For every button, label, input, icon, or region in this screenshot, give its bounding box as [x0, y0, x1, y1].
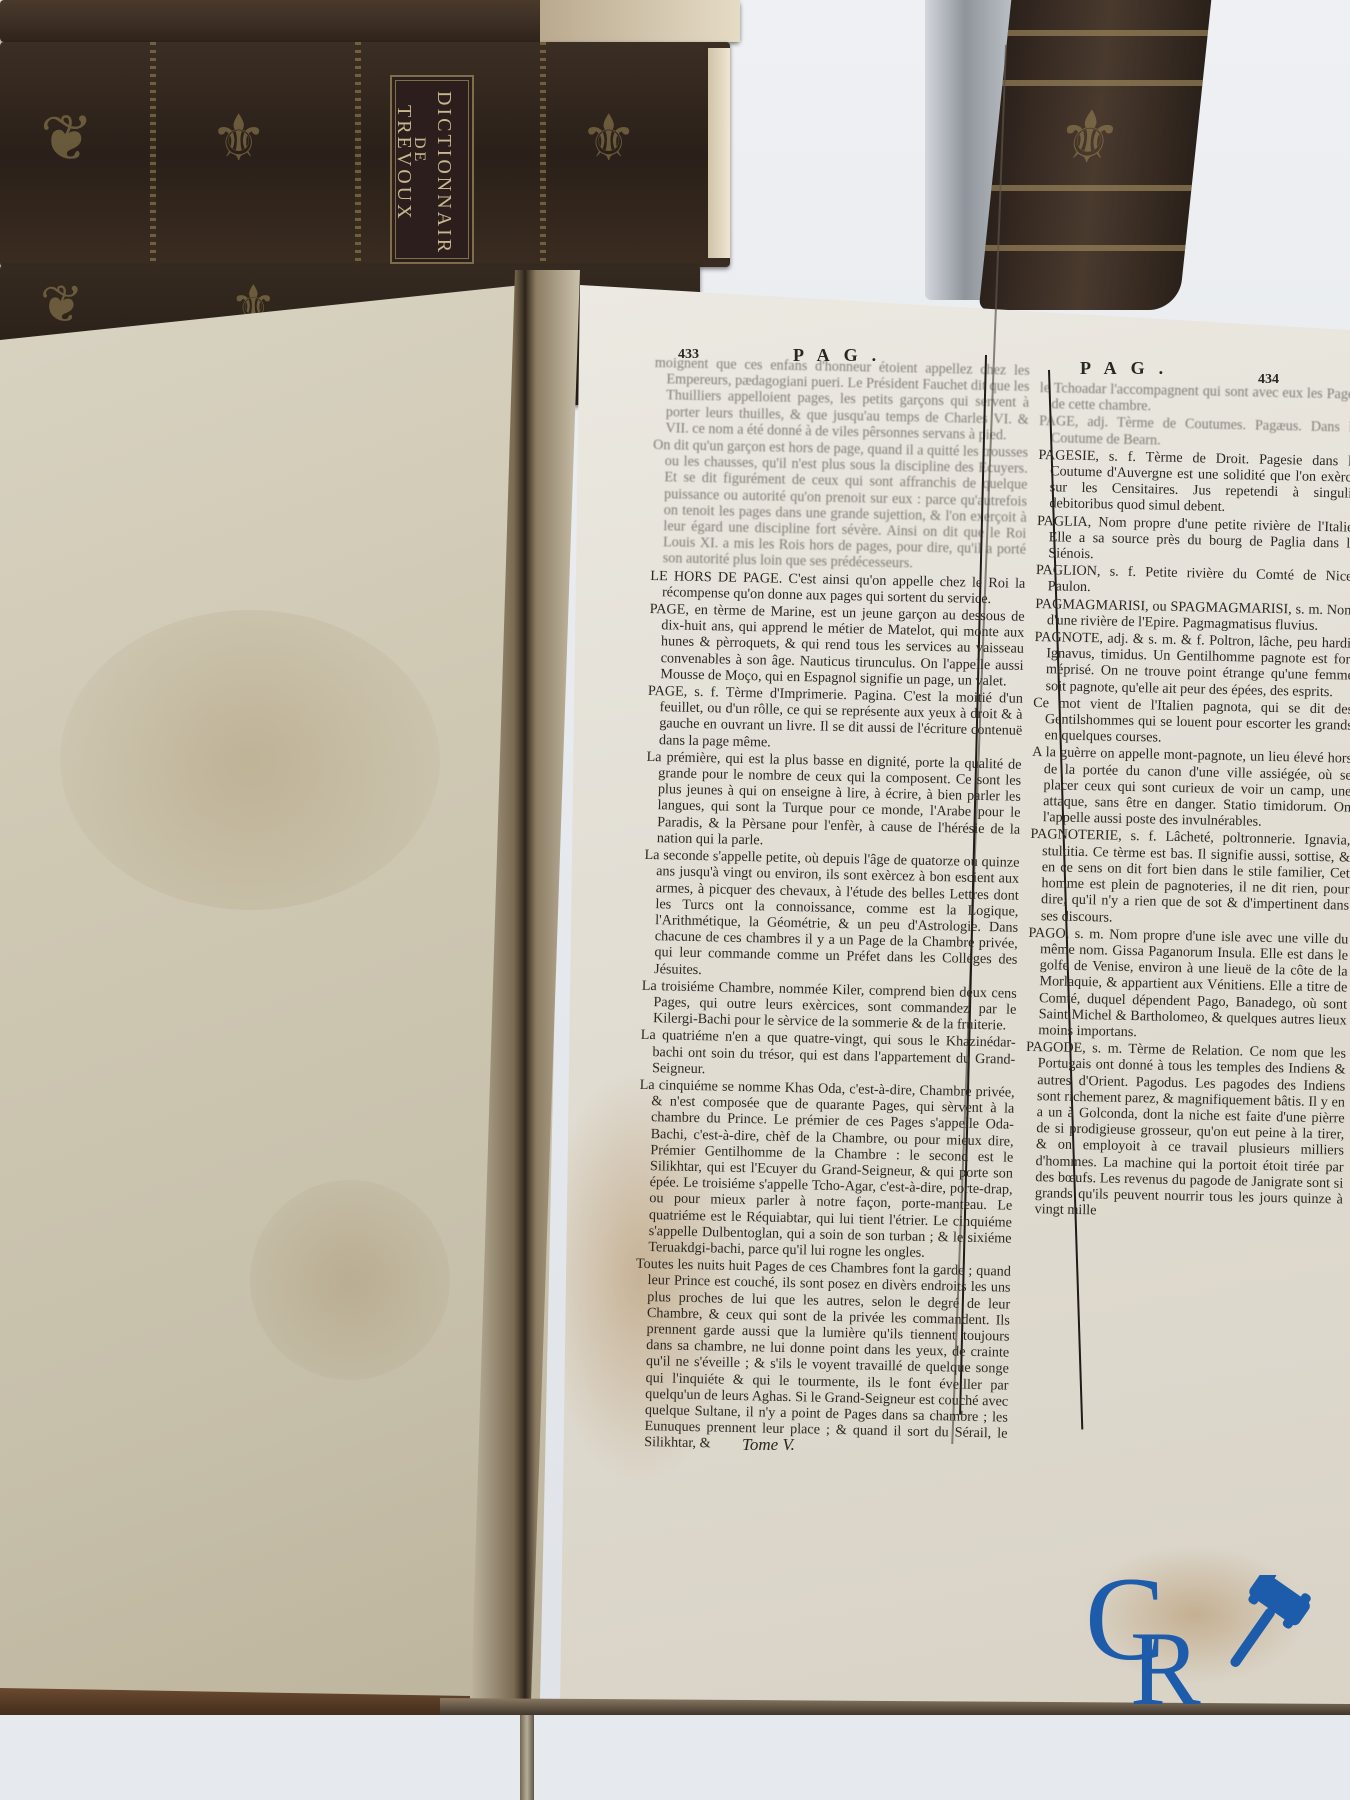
entry-paragraph: Ce mot vient de l'Italien pagnota, qui s… — [1032, 695, 1350, 750]
entry-paragraph: PAGE, adj. Tèrme de Coutumes. Pagæus. Da… — [1039, 413, 1350, 452]
spine-title-line3: TREVOUX — [392, 105, 415, 222]
spine-raised-band — [1002, 80, 1203, 86]
entry-paragraph: PAGLIA, Nom propre d'une petite rivière … — [1036, 513, 1350, 568]
spine-raised-band — [991, 185, 1192, 191]
entry-paragraph: moignent que ces enfans d'honneur étoien… — [653, 355, 1030, 444]
fleuron-ornament-icon: ❦ — [40, 102, 94, 176]
entry-paragraph: La quatriéme n'en a que quatre-vingt, qu… — [640, 1027, 1016, 1083]
entry-paragraph: A la guèrre on appelle mont-pagnote, un … — [1031, 744, 1350, 832]
binding-cord — [520, 1715, 534, 1800]
water-stain — [60, 610, 440, 910]
watermark-logo: C R — [1075, 1560, 1335, 1730]
entry-paragraph: PAGNOTE, adj. & s. m. & f. Poltron, lâch… — [1033, 629, 1350, 700]
spine-raised-band — [355, 42, 361, 267]
entry-paragraph: PAGMAGMARISI, ou SPAGMAGMARISI, s. m. No… — [1035, 596, 1350, 635]
spine-raised-band — [150, 42, 156, 267]
book-dictionnaire-de-trevoux: ❦ ⚜ ⚜ — [0, 42, 730, 267]
spine-raised-band — [540, 42, 546, 267]
fleuron-ornament-icon: ⚜ — [210, 102, 267, 176]
logo-letter-r: R — [1130, 1608, 1201, 1730]
entry-paragraph: PAGE, s. f. Tèrme d'Imprimerie. Pagina. … — [647, 683, 1023, 756]
entry-paragraph: PAGLION, s. f. Petite rivière du Comté d… — [1036, 562, 1350, 601]
entry-paragraph: PAGNOTERIE, s. f. Lâcheté, poltronnerie.… — [1029, 826, 1350, 930]
page-block — [540, 0, 740, 42]
entry-paragraph: La prémière, qui est la plus basse en di… — [645, 749, 1022, 854]
spine-raised-band — [985, 245, 1186, 251]
entry-paragraph: le Tchoadar l'accompagnent qui sont avec… — [1039, 380, 1350, 419]
gavel-icon — [1210, 1575, 1330, 1685]
entry-paragraph: PAGESIE, s. f. Tèrme de Droit. Pagesie d… — [1037, 447, 1350, 518]
entry-paragraph: PAGODE, s. m. Tèrme de Relation. Ce nom … — [1022, 1039, 1346, 1224]
page-block — [708, 48, 730, 258]
running-head-right: PAG. — [1080, 358, 1177, 379]
entry-paragraph: On dit qu'un garçon est hors de page, qu… — [651, 437, 1029, 574]
entry-paragraph: PAGO, s. m. Nom propre d'une isle avec u… — [1026, 925, 1348, 1045]
text-column-left: moignent que ces enfans d'honneur étoien… — [632, 355, 1030, 1459]
entry-paragraph: La troisiéme Chambre, nommée Kiler, comp… — [641, 978, 1017, 1034]
text-column-right: le Tchoadar l'accompagnent qui sont avec… — [1018, 380, 1350, 1446]
book-top — [0, 0, 740, 42]
fleuron-ornament-icon: ⚜ — [1052, 95, 1125, 180]
spine-raised-band — [1008, 30, 1209, 36]
spine-title-line1: DICTIONNAIR — [432, 91, 455, 255]
entry-paragraph: Toutes les nuits huit Pages de ces Chamb… — [632, 1256, 1011, 1458]
entry-paragraph: La cinquiéme se nomme Khas Oda, c'est-à-… — [636, 1077, 1015, 1263]
spine-title-label: DICTIONNAIR DE TREVOUX — [390, 75, 474, 264]
signature-mark: Tome V. — [742, 1435, 795, 1455]
entry-paragraph: PAGE, en tèrme de Marine, est un jeune g… — [648, 601, 1025, 690]
water-stain — [250, 1180, 450, 1380]
entry-paragraph: La seconde s'appelle petite, où depuis l… — [642, 847, 1020, 984]
fleuron-ornament-icon: ⚜ — [580, 102, 637, 176]
